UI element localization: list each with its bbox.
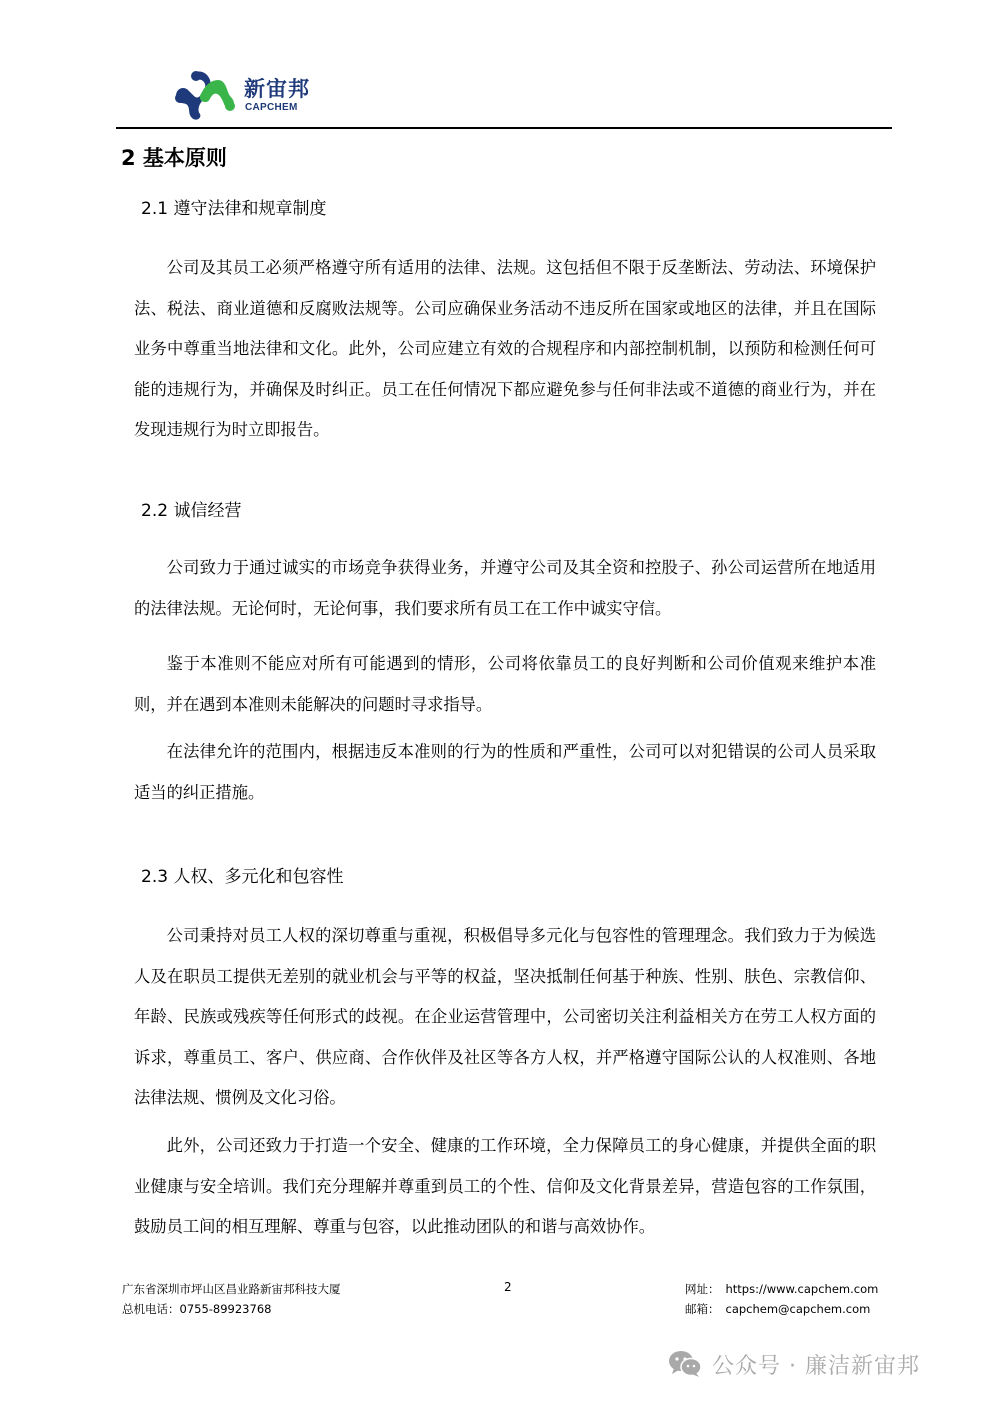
wechat-icon (668, 1350, 702, 1378)
paragraph-2-2-3: 在法律允许的范围内，根据违反本准则的行为的性质和严重性，公司可以对犯错误的公司人… (134, 732, 876, 813)
company-logo: 新宙邦 CAPCHEM (168, 68, 368, 120)
watermark-text: 公众号 · 廉洁新宙邦 (712, 1349, 920, 1380)
footer-website-link[interactable]: https://www.capchem.com (726, 1282, 879, 1296)
paragraph-2-2-2: 鉴于本准则不能应对所有可能遇到的情形，公司将依靠员工的良好判断和公司价值观来维护… (134, 644, 876, 725)
wechat-watermark: 公众号 · 廉洁新宙邦 (668, 1346, 920, 1382)
section-title: 2 基本原则 (121, 145, 227, 171)
paragraph-2-1-1: 公司及其员工必须严格遵守所有适用的法律、法规。这包括但不限于反垄断法、劳动法、环… (134, 248, 876, 451)
footer-phone: 0755-89923768 (180, 1302, 272, 1316)
footer-email-line: 邮箱：capchem@capchem.com (685, 1299, 878, 1319)
footer-phone-line: 总机电话：0755-89923768 (122, 1299, 341, 1319)
logo-english-name: CAPCHEM (245, 102, 298, 113)
subsection-title-2-1: 2.1 遵守法律和规章制度 (141, 198, 326, 220)
paragraph-2-2-1: 公司致力于通过诚实的市场竞争获得业务，并遵守公司及其全资和控股子、孙公司运营所在… (134, 548, 876, 629)
footer-web-contact: 网址：https://www.capchem.com 邮箱：capchem@ca… (685, 1279, 878, 1319)
header-divider (116, 127, 892, 129)
footer-website-line: 网址：https://www.capchem.com (685, 1279, 878, 1299)
footer-email-link[interactable]: capchem@capchem.com (726, 1302, 871, 1316)
page-number: 2 (504, 1279, 512, 1295)
capchem-logo-mark-icon (168, 68, 238, 120)
footer-address: 广东省深圳市坪山区昌业路新宙邦科技大厦 (122, 1279, 341, 1299)
footer-email-label: 邮箱： (685, 1302, 720, 1316)
footer-website-label: 网址： (685, 1282, 720, 1296)
paragraph-2-3-2: 此外，公司还致力于打造一个安全、健康的工作环境，全力保障员工的身心健康，并提供全… (134, 1126, 876, 1248)
logo-chinese-name: 新宙邦 (244, 77, 310, 101)
paragraph-2-3-1: 公司秉持对员工人权的深切尊重与重视，积极倡导多元化与包容性的管理理念。我们致力于… (134, 916, 876, 1119)
subsection-title-2-2: 2.2 诚信经营 (141, 500, 241, 522)
subsection-title-2-3: 2.3 人权、多元化和包容性 (141, 866, 343, 888)
footer-contact: 广东省深圳市坪山区昌业路新宙邦科技大厦 总机电话：0755-89923768 (122, 1279, 341, 1319)
footer-phone-label: 总机电话： (122, 1302, 180, 1316)
